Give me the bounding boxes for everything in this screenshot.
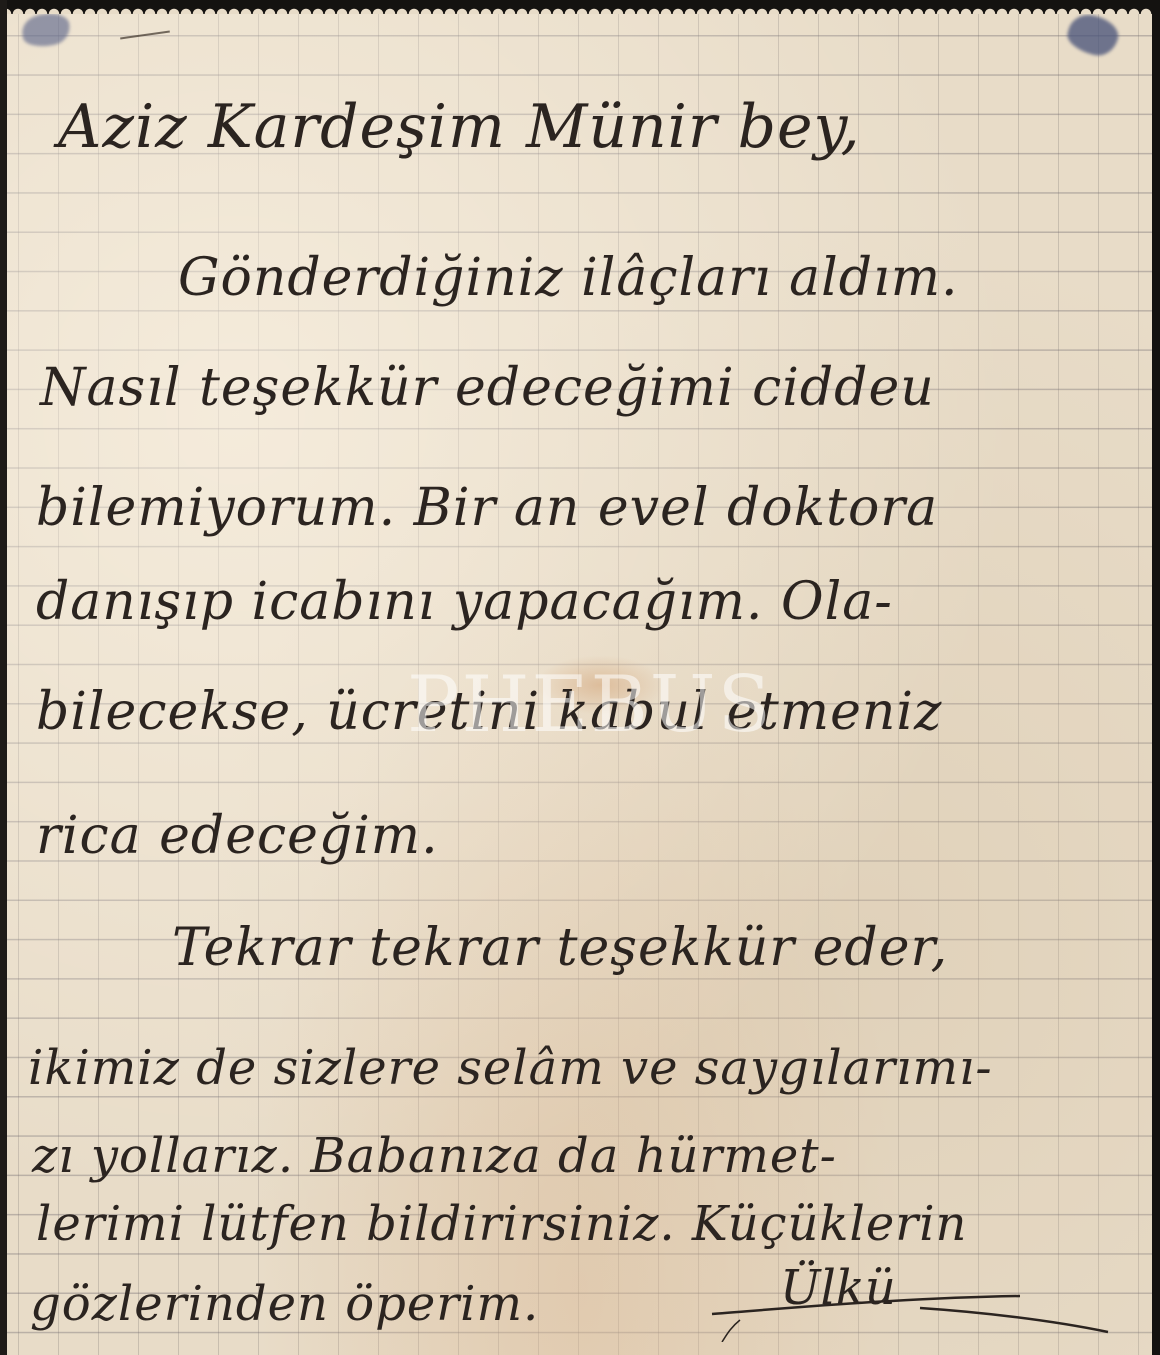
letter-line-9: zı yollarız. Babanıza da hürmet- bbox=[32, 1128, 837, 1184]
letter-line-11: gözlerinden öperim. bbox=[30, 1276, 539, 1332]
letter-line-5: bilecekse, ücretini kabul etmeniz bbox=[36, 682, 942, 742]
letter-line-1: Gönderdiğiniz ilâçları aldım. bbox=[178, 248, 959, 308]
signature: Ülkü bbox=[700, 1262, 1120, 1342]
letter-line-2: Nasıl teşekkür edeceğimi ciddeu bbox=[40, 358, 935, 418]
right-scan-border bbox=[1152, 0, 1160, 1355]
signature-stroke-icon bbox=[700, 1262, 1120, 1342]
signature-name: Ülkü bbox=[780, 1260, 896, 1316]
letter-line-10: lerimi lütfen bildirirsiniz. Küçüklerin bbox=[36, 1196, 967, 1252]
letter-line-6: rica edeceğim. bbox=[36, 806, 439, 866]
letter-line-8: ikimiz de sizlere selâm ve saygılarımı- bbox=[28, 1040, 993, 1096]
salutation: Aziz Kardeşim Münir bey, bbox=[58, 92, 861, 162]
letter-line-7: Tekrar tekrar teşekkür eder, bbox=[172, 918, 948, 978]
left-scan-border bbox=[0, 0, 7, 1355]
letter-page: Aziz Kardeşim Münir bey, Gönderdiğiniz i… bbox=[0, 0, 1160, 1355]
letter-line-4: danışıp icabını yapacağım. Ola- bbox=[36, 572, 893, 632]
letter-line-3: bilemiyorum. Bir an evel doktora bbox=[36, 478, 938, 538]
perforated-top-edge bbox=[0, 0, 1160, 14]
